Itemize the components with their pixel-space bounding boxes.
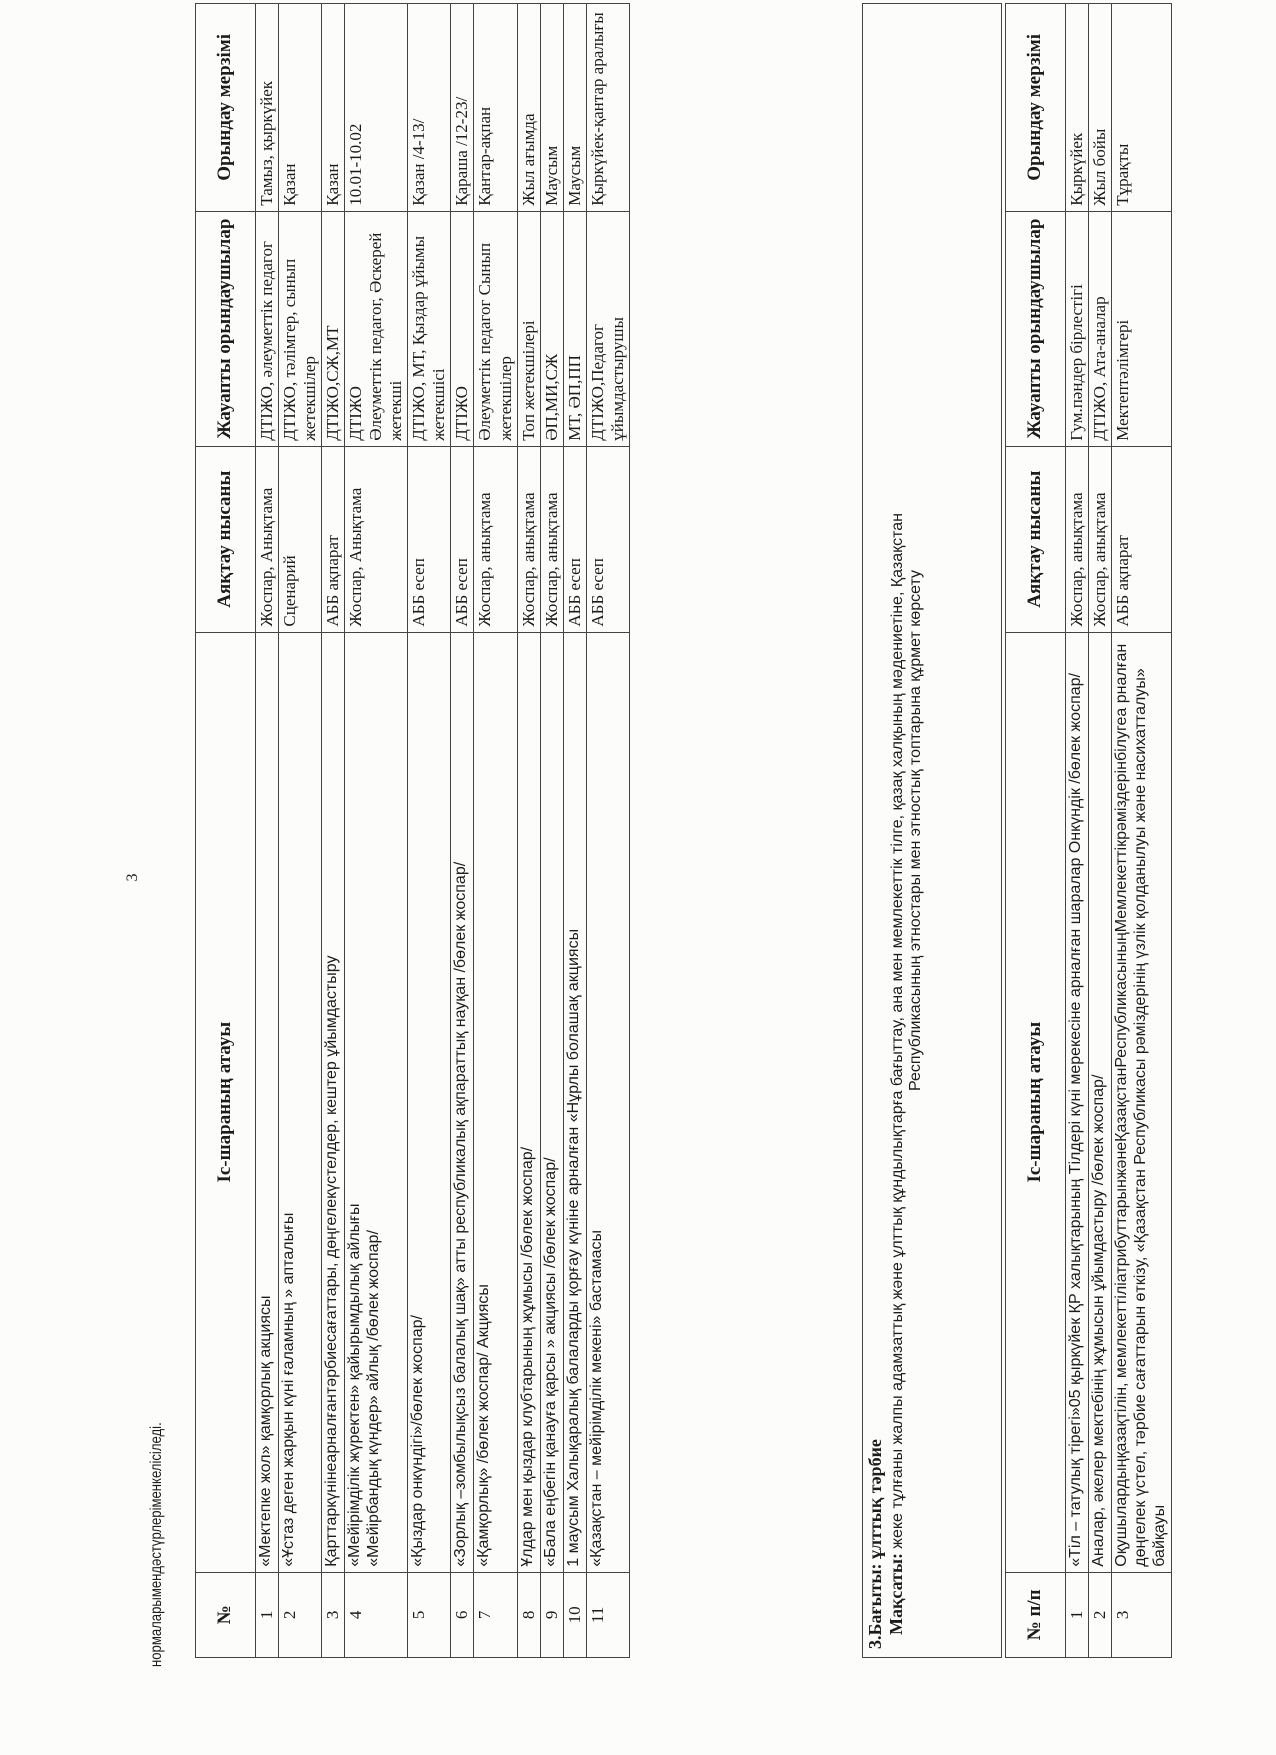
header-completion-form: Аяқтау нысаны	[196, 446, 256, 632]
completion-form: АББ есеп	[451, 446, 474, 632]
header-num: №	[196, 1572, 256, 1657]
completion-form: Жоспар, Анықтама	[256, 446, 279, 632]
row-number: 4	[345, 1572, 408, 1657]
deadline: Жыл бойы	[1089, 4, 1112, 212]
completion-form: АББ ақпарат	[322, 446, 345, 632]
row-number: 3	[1112, 1572, 1172, 1657]
table-row: 3Оқушылардыңқазақтілін, мемлекеттіліатри…	[1112, 4, 1172, 1658]
responsible-parties: Топ жетекшілері	[517, 211, 540, 446]
page-number: 3	[124, 0, 142, 1755]
responsible-parties: Әлеуметтік педагог Сынып жетекшілер	[474, 211, 517, 446]
goal-label: Мақсаты:	[886, 1553, 906, 1649]
header-deadline: Орындау мерзімі	[196, 4, 256, 212]
completion-form: Жоспар, анықтама	[474, 446, 517, 632]
row-number: 3	[322, 1572, 345, 1657]
responsible-parties: ДТІЖО, Ата-аналар	[1089, 211, 1112, 446]
deadline: Маусым	[563, 4, 586, 212]
event-name: «Қыздар онкүндігі»/бөлек жоспар/	[408, 632, 451, 1572]
completion-form: Жоспар, анықтама	[1066, 446, 1089, 632]
row-number: 11	[586, 1572, 629, 1657]
goal-text-continued: Республикасының этностары мен этностық т…	[907, 12, 925, 1649]
row-number: 9	[540, 1572, 563, 1657]
completion-form: Жоспар, анықтама	[1089, 446, 1112, 632]
deadline: Қазан	[322, 4, 345, 212]
row-number: 8	[517, 1572, 540, 1657]
section-3-title: 3.Бағыты: ұлттық тәрбие	[865, 12, 886, 1649]
table-row: 7«Қамқорлық» /бөлек жоспар/ АкциясыЖоспа…	[474, 4, 517, 1658]
deadline: Қыркүйек-қантар аралығы	[586, 4, 629, 212]
table-row: 1«Тіл – татулық тірегі»05 қыркүйек ҚР ха…	[1066, 4, 1089, 1658]
deadline: 10.01-10.02	[345, 4, 408, 212]
responsible-parties: ДТІЖО Әлеуметтік педагог, Әскерей жетекш…	[345, 211, 408, 446]
continuation-text: нормаларымендәстүрлеріменкелісіледі.	[148, 1422, 166, 1667]
deadline: Қыркүйек	[1066, 4, 1089, 212]
event-name: «Қамқорлық» /бөлек жоспар/ Акциясы	[474, 632, 517, 1572]
table-row: 3Қарттаркүнінеарналғантәрбиесағаттары, д…	[322, 4, 345, 1658]
row-number: 1	[256, 1572, 279, 1657]
row-number: 7	[474, 1572, 517, 1657]
row-number: 5	[408, 1572, 451, 1657]
table-row: 101 маусым Халықаралық балаларды қорғау …	[563, 4, 586, 1658]
completion-form: АББ ақпарат	[1112, 446, 1172, 632]
responsible-parties: Гум.пәндер бірлестігі	[1066, 211, 1089, 446]
event-name: 1 маусым Халықаралық балаларды қорғау кү…	[563, 632, 586, 1572]
event-name: Аналар, әкелер мектебінің жұмысын ұйымда…	[1089, 632, 1112, 1572]
event-name: «Тіл – татулық тірегі»05 қыркүйек ҚР хал…	[1066, 632, 1089, 1572]
event-name: «Мектепке жол» қамқорлық акциясы	[256, 632, 279, 1572]
responsible-parties: ДТІЖО,Педагог ұйымдастырушы	[586, 211, 629, 446]
table-row: 9«Бала еңбегін қанауға қарсы » акциясы /…	[540, 4, 563, 1658]
header-event-name: Іс-шараның атауы	[196, 632, 256, 1572]
responsible-parties: ДТІЖО, МТ, Қыздар ұйымы жетекшісі	[408, 211, 451, 446]
responsible-parties: ДТІЖО, тәлімгер, сынып жетекшілер	[279, 211, 322, 446]
row-number: 6	[451, 1572, 474, 1657]
events-table-2: № п/п Іс-шараның атауы Аяқтау нысаны Жау…	[1005, 3, 1172, 1658]
deadline: Жыл ағымда	[517, 4, 540, 212]
completion-form: Жоспар, анықтама	[517, 446, 540, 632]
table-header-row: № п/п Іс-шараның атауы Аяқтау нысаны Жау…	[1006, 4, 1066, 1658]
row-number: 2	[1089, 1572, 1112, 1657]
document-page: 3 нормаларымендәстүрлеріменкелісіледі. №…	[0, 0, 1276, 1755]
table-row: 2Аналар, әкелер мектебінің жұмысын ұйымд…	[1089, 4, 1112, 1658]
event-name: «Бала еңбегін қанауға қарсы » акциясы /б…	[540, 632, 563, 1572]
event-name: Ұлдар мен қыздар клубтарының жұмысы /бөл…	[517, 632, 540, 1572]
completion-form: АББ есеп	[563, 446, 586, 632]
deadline: Қантар-ақпан	[474, 4, 517, 212]
header-num: № п/п	[1006, 1572, 1066, 1657]
responsible-parties: ДТІЖО	[451, 211, 474, 446]
table-row: 1«Мектепке жол» қамқорлық акциясыЖоспар,…	[256, 4, 279, 1658]
table-header-row: № Іс-шараның атауы Аяқтау нысаны Жауапты…	[196, 4, 256, 1658]
table-row: 11«Қазақстан – мейірімділік мекені» баст…	[586, 4, 629, 1658]
responsible-parties: МТ, ӘП,ПП	[563, 211, 586, 446]
header-responsible: Жауапты орындаушылар	[1006, 211, 1066, 446]
deadline: Қараша /12-23/	[451, 4, 474, 212]
event-name: «Қазақстан – мейірімділік мекені» бастам…	[586, 632, 629, 1572]
table-row: 5«Қыздар онкүндігі»/бөлек жоспар/АББ есе…	[408, 4, 451, 1658]
responsible-parties: ӘП,МИ,СЖ	[540, 211, 563, 446]
deadline: Тұрақты	[1112, 4, 1172, 212]
completion-form: Жоспар, Анықтама	[345, 446, 408, 632]
deadline: Тамыз, қыркүйек	[256, 4, 279, 212]
goal-text: жеке тұлғаны жалпы адамзаттық және ұлтты…	[889, 513, 906, 1549]
deadline: Қазан /4-13/	[408, 4, 451, 212]
event-name: «Зорлық –зомбылықсыз балалық шақ» атты р…	[451, 632, 474, 1572]
row-number: 10	[563, 1572, 586, 1657]
table-row: 2«Ұстаз деген жарқын күні ғаламның » апт…	[279, 4, 322, 1658]
header-deadline: Орындау мерзімі	[1006, 4, 1066, 212]
responsible-parties: ДТІЖО, әлеуметтік педагог	[256, 211, 279, 446]
events-table-1: № Іс-шараның атауы Аяқтау нысаны Жауапты…	[195, 3, 630, 1658]
completion-form: АББ есеп	[408, 446, 451, 632]
completion-form: Жоспар, анықтама	[540, 446, 563, 632]
row-number: 1	[1066, 1572, 1089, 1657]
event-name: «Ұстаз деген жарқын күні ғаламның » апта…	[279, 632, 322, 1572]
header-completion-form: Аяқтау нысаны	[1006, 446, 1066, 632]
completion-form: Сценарий	[279, 446, 322, 632]
table-row: 8Ұлдар мен қыздар клубтарының жұмысы /бө…	[517, 4, 540, 1658]
deadline: Қазан	[279, 4, 322, 212]
event-name: Қарттаркүнінеарналғантәрбиесағаттары, дө…	[322, 632, 345, 1572]
completion-form: АББ есеп	[586, 446, 629, 632]
row-number: 2	[279, 1572, 322, 1657]
deadline: Маусым	[540, 4, 563, 212]
section-3-heading: 3.Бағыты: ұлттық тәрбие Мақсаты: жеке тұ…	[862, 3, 1002, 1658]
table-row: 6«Зорлық –зомбылықсыз балалық шақ» атты …	[451, 4, 474, 1658]
event-name: Оқушылардыңқазақтілін, мемлекеттіліатриб…	[1112, 632, 1172, 1572]
table-row: 4«Мейірімділік жүректен» қайырымдылық ай…	[345, 4, 408, 1658]
header-responsible: Жауапты орындаушылар	[196, 211, 256, 446]
header-event-name: Іс-шараның атауы	[1006, 632, 1066, 1572]
responsible-parties: Мектептәлімгері	[1112, 211, 1172, 446]
responsible-parties: ДТІЖО,СЖ,МТ	[322, 211, 345, 446]
event-name: «Мейірімділік жүректен» қайырымдылық айл…	[345, 632, 408, 1572]
